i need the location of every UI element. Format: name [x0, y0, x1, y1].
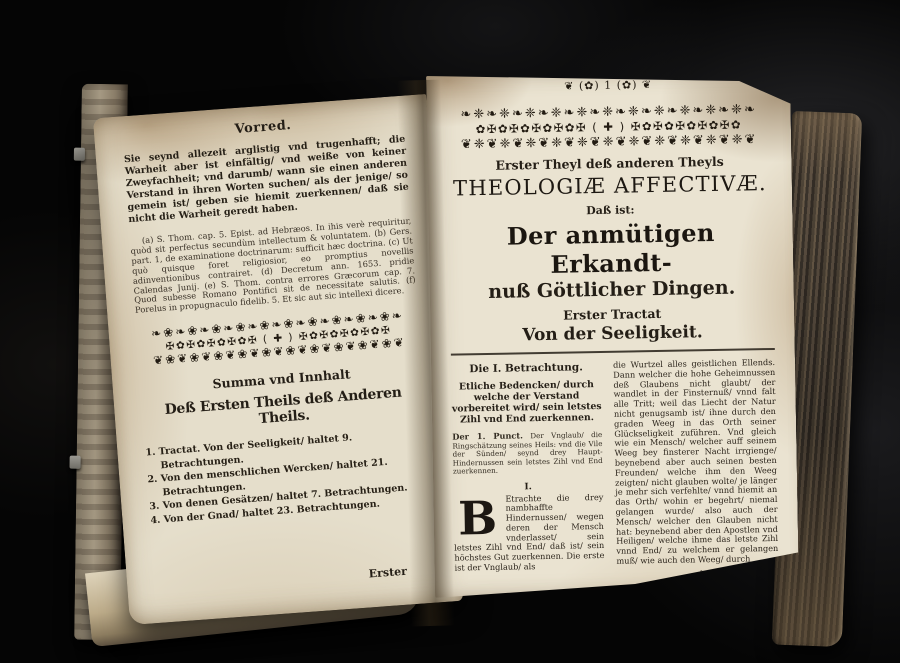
- body-paragraph: BEtrachte die drey nambhaffte Hindernuss…: [453, 492, 604, 573]
- punct-note: Der 1. Punct. Der Vnglaub/ die Ringschät…: [452, 430, 603, 476]
- ornament-band: ❧❀❧❀❧❀❧❀❧❀❧❀❧❀❧❀❧❀❧❀❧ ✠✿✠✿✠✿✠✿✠ ( ✚ ) ✠✿…: [136, 308, 420, 369]
- german-title-line-2: nuß Göttlicher Dingen.: [450, 276, 774, 304]
- clasp: [70, 456, 81, 469]
- latin-title: THEOLOGIÆ AFFECTIVÆ.: [448, 171, 772, 201]
- catchword: welchen: [738, 571, 777, 582]
- signature-line: A welchen: [617, 567, 779, 584]
- catchword: Erster: [155, 563, 437, 597]
- folio-number-line: ❦ (✿) 1 (✿) ❦: [446, 76, 770, 95]
- drop-cap-initial: B: [453, 496, 502, 543]
- argument-summary: Etliche Bedencken/ durch welche der Vers…: [451, 379, 602, 426]
- meditation-heading: Die I. Betrachtung.: [451, 361, 601, 376]
- divider-rule: [451, 348, 775, 356]
- clasp: [74, 148, 85, 161]
- right-column: die Wurtzel alles geistlichen Ellends. D…: [613, 356, 779, 584]
- footnote-block: (a) S. Thom. cap. 5. Epist. ad Hebræos. …: [130, 216, 417, 316]
- part-kicker: Erster Theyl deß anderen Theyls: [447, 153, 771, 174]
- ornament-band: ❧❈❧❈❧❈❧❈❧❈❧❈❧❈❧❈❧❈❧❈❧❈❧ ✿✠✿✠✿✠✿✠✿✠ ( ✚ )…: [447, 102, 772, 153]
- left-column: Die I. Betrachtung. Etliche Bedencken/ d…: [451, 359, 605, 586]
- photo-background: Vorred. Sie seynd allezeit arglistig vnd…: [0, 0, 900, 663]
- text-columns: Die I. Betrachtung. Etliche Bedencken/ d…: [451, 356, 779, 586]
- signature-mark: A: [697, 568, 707, 582]
- left-page: Vorred. Sie seynd allezeit arglistig vnd…: [93, 94, 463, 625]
- preface-paragraph: Sie seynd allezeit arglistig vnd trugenh…: [124, 134, 411, 226]
- right-page: ❦ (✿) 1 (✿) ❦ ❧❈❧❈❧❈❧❈❧❈❧❈❧❈❧❈❧❈❧❈❧❈❧ ✿✠…: [426, 70, 799, 598]
- tractat-title: Von der Seeligkeit.: [450, 321, 774, 347]
- german-title-line-1: Der anmütigen Erkandt-: [449, 217, 774, 281]
- contents-list: 1. Tractat. Von der Seeligkeit/ haltet 9…: [145, 426, 432, 527]
- body-paragraph: die Wurtzel alles geistlichen Ellends. D…: [613, 358, 779, 567]
